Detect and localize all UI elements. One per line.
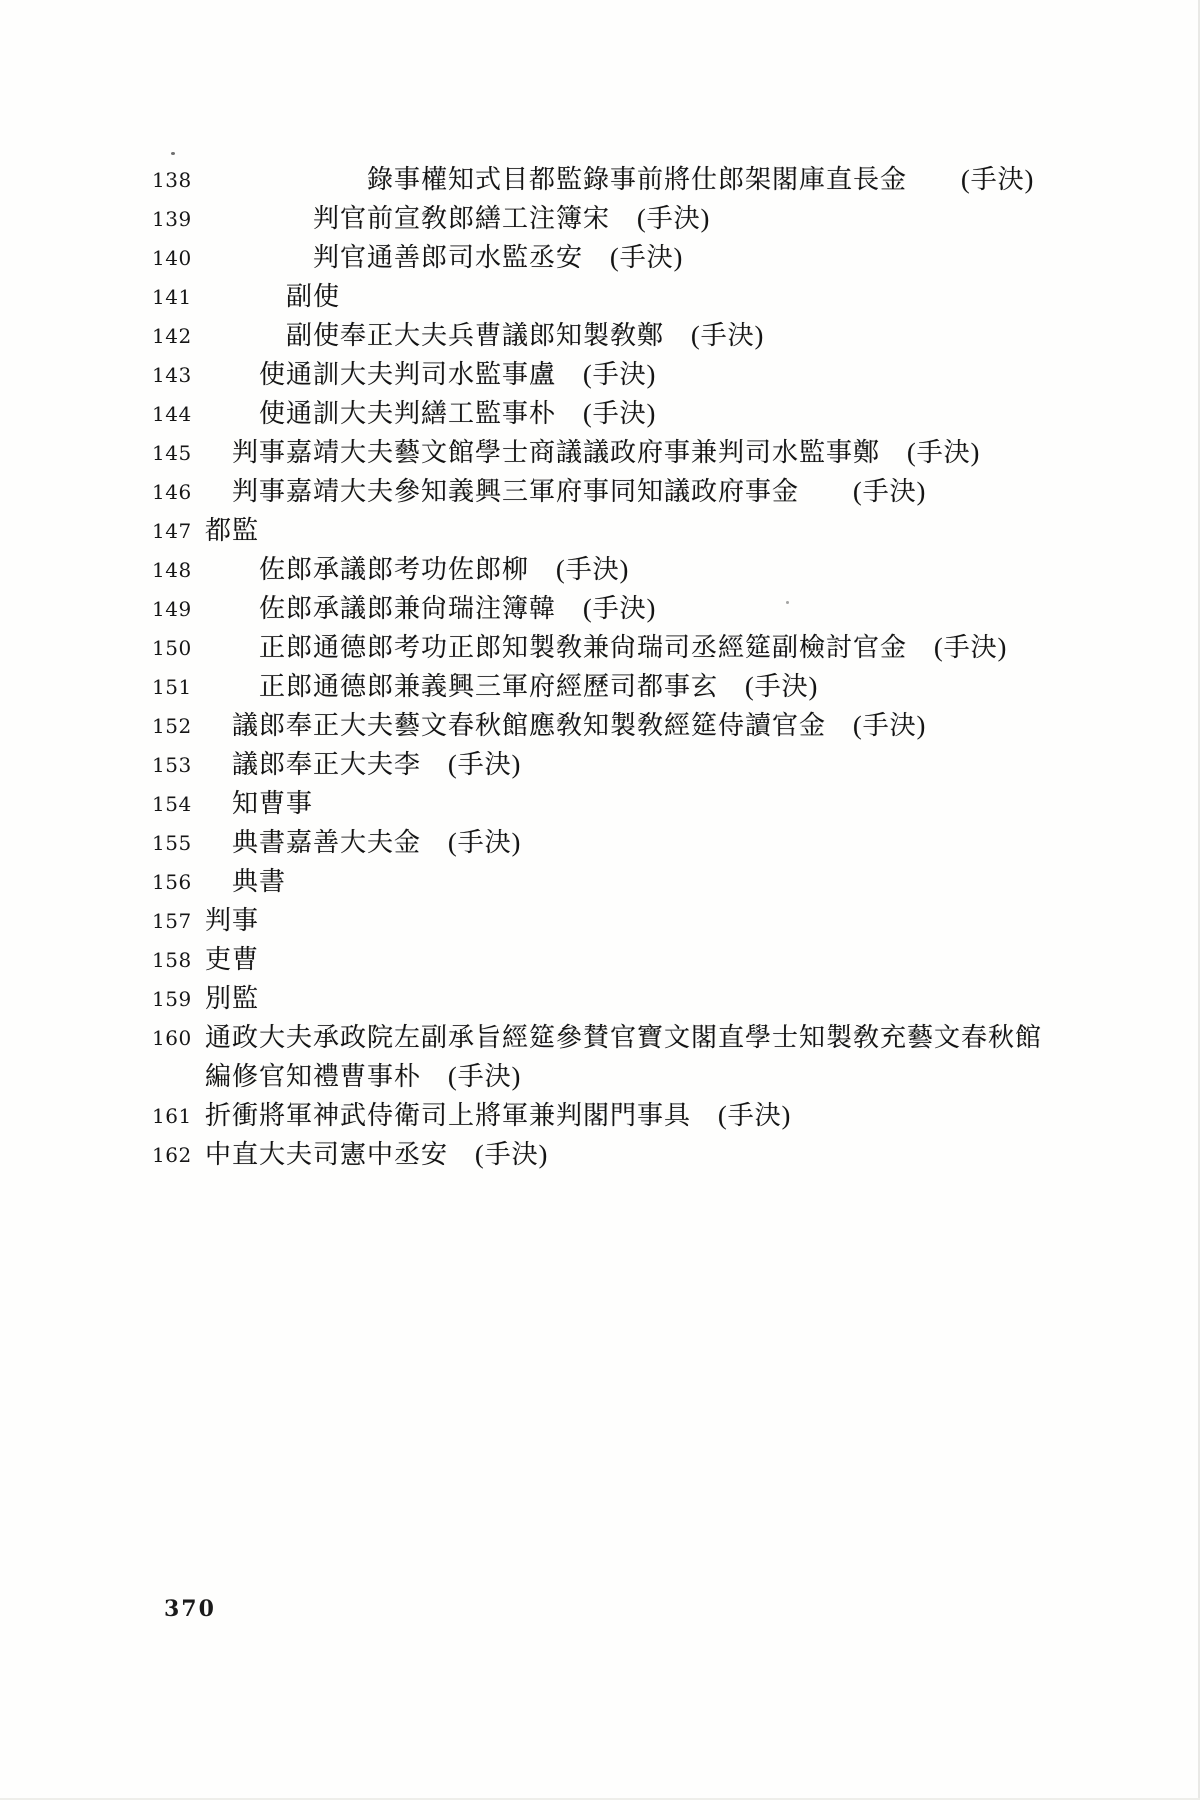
entry-number: 147: [152, 511, 192, 550]
entry-row: 144使通訓大夫判繕工監事朴 (手決): [0, 394, 1200, 433]
entry-number: 141: [152, 277, 192, 316]
entry-number: 159: [152, 979, 192, 1018]
entry-number: 150: [152, 628, 192, 667]
scanned-document-page: 138錄事權知式目都監錄事前將仕郎架閣庫直長金 (手決)139判官前宣敎郎繕工注…: [0, 0, 1200, 1800]
entry-text: 典書: [232, 862, 286, 901]
scan-speck: [786, 601, 789, 604]
entry-number: 153: [152, 745, 192, 784]
entry-row: 158吏曹: [0, 940, 1200, 979]
entry-text: 知曹事: [232, 784, 313, 823]
entry-number: 160: [152, 1018, 192, 1057]
entry-text: 判官通善郎司水監丞安 (手決): [313, 238, 683, 277]
entry-text: 佐郎承議郎兼尙瑞注簿韓 (手決): [259, 589, 656, 628]
entry-text: 判事: [205, 901, 259, 940]
entry-row: 141副使: [0, 277, 1200, 316]
entry-row: 154知曹事: [0, 784, 1200, 823]
entry-row: 155典書嘉善大夫金 (手決): [0, 823, 1200, 862]
entry-row: 138錄事權知式目都監錄事前將仕郎架閣庫直長金 (手決): [0, 160, 1200, 199]
scan-speck: [519, 683, 522, 685]
entry-number: 144: [152, 394, 192, 433]
entry-row: 151正郎通德郎兼義興三軍府經歷司都事玄 (手決): [0, 667, 1200, 706]
scan-speck: [171, 152, 175, 155]
entry-row: 145判事嘉靖大夫藝文館學士商議議政府事兼判司水監事鄭 (手決): [0, 433, 1200, 472]
page-number: 370: [164, 1596, 216, 1622]
entry-text: 判事嘉靖大夫參知義興三軍府事同知議政府事金 (手決): [232, 472, 926, 511]
entry-row: 146判事嘉靖大夫參知義興三軍府事同知議政府事金 (手決): [0, 472, 1200, 511]
entry-number: 138: [152, 160, 192, 199]
entry-row: 152議郎奉正大夫藝文春秋館應敎知製敎經筵侍讀官金 (手決): [0, 706, 1200, 745]
entry-text: 使通訓大夫判繕工監事朴 (手決): [259, 394, 656, 433]
entry-row: 161折衝將軍神武侍衛司上將軍兼判閣門事具 (手決): [0, 1096, 1200, 1135]
entry-number: 139: [152, 199, 192, 238]
entry-row: 160通政大夫承政院左副承旨經筵參賛官寶文閣直學士知製敎充藝文春秋館: [0, 1018, 1200, 1057]
entry-number: 154: [152, 784, 192, 823]
entry-row: 139判官前宣敎郎繕工注簿宋 (手決): [0, 199, 1200, 238]
entry-number: 140: [152, 238, 192, 277]
entry-row: 149佐郎承議郎兼尙瑞注簿韓 (手決): [0, 589, 1200, 628]
entry-text: 錄事權知式目都監錄事前將仕郎架閣庫直長金 (手決): [367, 160, 1034, 199]
entry-row: 編修官知禮曹事朴 (手決): [0, 1057, 1200, 1096]
entry-number: 142: [152, 316, 192, 355]
entry-number: 152: [152, 706, 192, 745]
entry-number: 162: [152, 1135, 192, 1174]
entry-text: 中直大夫司憲中丞安 (手決): [205, 1135, 548, 1174]
entry-text: 別監: [205, 979, 259, 1018]
entry-text: 編修官知禮曹事朴 (手決): [205, 1057, 521, 1096]
entry-text: 折衝將軍神武侍衛司上將軍兼判閣門事具 (手決): [205, 1096, 791, 1135]
entry-number: 161: [152, 1096, 192, 1135]
entry-number: 157: [152, 901, 192, 940]
entry-row: 140判官通善郎司水監丞安 (手決): [0, 238, 1200, 277]
entry-text: 判事嘉靖大夫藝文館學士商議議政府事兼判司水監事鄭 (手決): [232, 433, 980, 472]
entry-row: 142副使奉正大夫兵曹議郎知製敎鄭 (手決): [0, 316, 1200, 355]
entry-text: 通政大夫承政院左副承旨經筵參賛官寶文閣直學士知製敎充藝文春秋館: [205, 1018, 1042, 1057]
entry-number: 149: [152, 589, 192, 628]
entry-list: 138錄事權知式目都監錄事前將仕郎架閣庫直長金 (手決)139判官前宣敎郎繕工注…: [0, 160, 1200, 1174]
entry-text: 佐郎承議郎考功佐郎柳 (手決): [259, 550, 629, 589]
entry-number: 146: [152, 472, 192, 511]
entry-number: 148: [152, 550, 192, 589]
entry-row: 150正郎通德郎考功正郎知製敎兼尙瑞司丞經筵副檢討官金 (手決): [0, 628, 1200, 667]
entry-row: 162中直大夫司憲中丞安 (手決): [0, 1135, 1200, 1174]
entry-row: 148佐郎承議郎考功佐郎柳 (手決): [0, 550, 1200, 589]
entry-number: 145: [152, 433, 192, 472]
entry-number: 156: [152, 862, 192, 901]
entry-text: 正郎通德郎考功正郎知製敎兼尙瑞司丞經筵副檢討官金 (手決): [259, 628, 1007, 667]
entry-row: 159別監: [0, 979, 1200, 1018]
entry-text: 議郎奉正大夫藝文春秋館應敎知製敎經筵侍讀官金 (手決): [232, 706, 926, 745]
entry-text: 議郎奉正大夫李 (手決): [232, 745, 521, 784]
entry-number: 151: [152, 667, 192, 706]
entry-number: 143: [152, 355, 192, 394]
entry-text: 吏曹: [205, 940, 259, 979]
entry-number: 155: [152, 823, 192, 862]
entry-text: 副使: [286, 277, 340, 316]
entry-row: 157判事: [0, 901, 1200, 940]
entry-text: 副使奉正大夫兵曹議郎知製敎鄭 (手決): [286, 316, 764, 355]
entry-text: 典書嘉善大夫金 (手決): [232, 823, 521, 862]
entry-row: 147都監: [0, 511, 1200, 550]
entry-text: 正郎通德郎兼義興三軍府經歷司都事玄 (手決): [259, 667, 818, 706]
entry-number: 158: [152, 940, 192, 979]
entry-row: 143使通訓大夫判司水監事盧 (手決): [0, 355, 1200, 394]
entry-row: 153議郎奉正大夫李 (手決): [0, 745, 1200, 784]
entry-text: 都監: [205, 511, 259, 550]
entry-row: 156典書: [0, 862, 1200, 901]
entry-text: 判官前宣敎郎繕工注簿宋 (手決): [313, 199, 710, 238]
entry-text: 使通訓大夫判司水監事盧 (手決): [259, 355, 656, 394]
